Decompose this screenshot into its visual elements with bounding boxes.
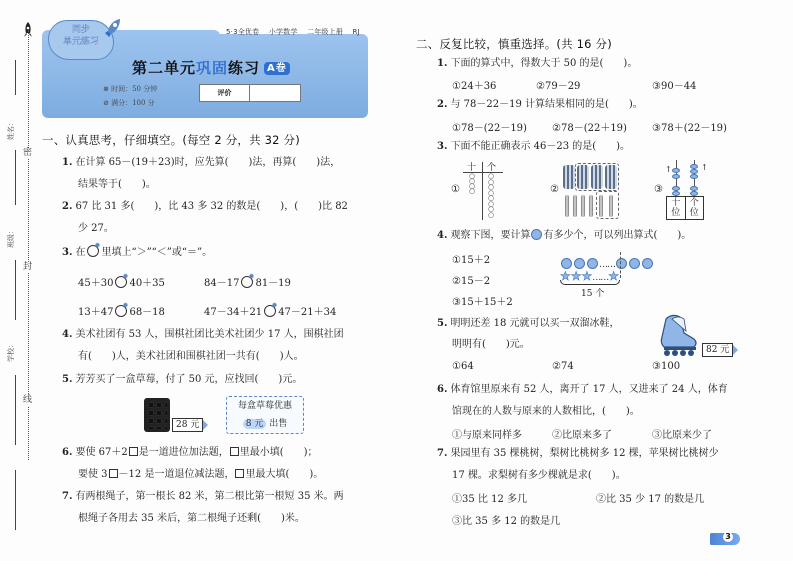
title-highlight: 巩固 [196,59,228,77]
section-2-title: 二、反复比较，慎重选择。(共 16 分) [416,36,612,52]
p1-q1: 1.在计算 65－(19＋23)时，应先算( )法，再算( )法， [62,156,340,169]
check-icon: ⊘ [103,99,111,107]
school-label: 学校： [6,341,16,362]
arrow-up-icon: ↑ [701,163,708,172]
ones-place-label: 个位 [685,197,704,219]
question-text: 是一道进位加法题， [139,447,229,458]
promo-text: 每盒草莓优惠 [227,397,303,415]
question-number: 6. [62,447,72,458]
question-number: 1. [437,58,447,69]
book-grade: 二年级上册 [307,28,343,36]
question-number: 2. [62,201,72,212]
option[interactable]: ②比 35 少 17 的数是几 [596,490,704,505]
arrow-up-icon: ↑ [665,165,672,174]
p1-q1-cont: 结果等于( )。 [78,178,156,191]
p2-q6-cont: 馆现在的人数与原来的人数相比，( )。 [452,405,640,418]
question-text: 芳芳买了一盒草莓，付了 50 元，应找回( )元。 [75,374,302,385]
title-suffix: 练习 [228,59,260,77]
option[interactable]: ②79－29 [536,77,580,92]
compare-item: 84－1781－19 [204,274,291,289]
compare-item: 45＋3040＋35 [78,274,165,289]
option[interactable]: ①64 [452,361,474,372]
score-label: 满分：100 分 [111,99,155,107]
question-text: 在 [75,247,85,258]
series-badge-text: 同步 单元练习 [52,24,110,48]
class-line[interactable] [15,260,16,320]
question-text: 下面的算式中，得数大于 50 的是( )。 [450,58,637,69]
name-label: 姓名： [6,119,16,140]
price-tag: 28 元 [172,418,203,432]
question-text: －12 是一道退位减法题， [119,469,235,480]
school-line[interactable] [15,375,16,445]
p1-q6-cont: 要使 3－12 是一道退位减法题，里最大填( )。 [78,468,323,481]
question-number: 7. [437,448,447,459]
question-text: 果园里有 35 棵桃树，梨树比桃树多 12 棵，苹果树比桃树少 [450,448,718,459]
question-text: 要使 67＋2 [75,447,127,458]
compare-answer-circle[interactable] [241,276,253,288]
question-text: 里最大填( )。 [245,469,323,480]
brace-label: 15 个 [581,286,604,299]
p1-q2-cont: 少 27。 [78,222,114,235]
option[interactable]: ②74 [552,361,574,372]
compare-left: 13＋47 [78,307,113,318]
question-number: 6. [437,384,447,395]
margin-rule [15,470,16,530]
option[interactable]: ③100 [652,361,680,372]
blank-box[interactable] [129,447,138,456]
name-line[interactable] [15,150,16,205]
strawberry-box-image [144,398,170,432]
compare-left: 84－17 [204,278,239,289]
question-number: 3. [437,141,447,152]
evaluation-box: 评价 [199,84,301,102]
option[interactable]: ②15－2 [452,272,490,287]
evaluation-field[interactable] [250,85,300,101]
question-text: 体育馆里原来有 52 人，离开了 17 人，又进来了 24 人，体育 [450,384,727,395]
title-prefix: 第二单元 [132,59,196,77]
option[interactable]: ③比 35 多 12 的数是几 [452,512,560,527]
seal-char-xian: 线 [23,395,32,406]
question-text: 明明还差 18 元就可以买一双溜冰鞋， [450,318,619,329]
blank-box[interactable] [109,469,118,478]
blank-box-icon [235,469,244,478]
book-series: 5·3全优卷 [226,28,259,36]
promo-price-line: 8 元 出售 [227,415,303,433]
p2-q5: 5.明明还差 18 元就可以买一双溜冰鞋， [437,317,620,330]
option[interactable]: ③90－44 [652,77,696,92]
place-value-chart-figure: 十 个 ○○○○ ○○○○○○○○ [463,160,503,220]
p1-q3: 3.在里填上“＞”“＜”或“＝”。 [62,245,212,259]
question-number: 4. [437,230,447,241]
compare-left: 47－34＋21 [204,307,262,318]
circles-stars-figure: …… ★★★……★ 15 个 [560,252,670,300]
question-text: 在计算 65－(19＋23)时，应先算( )法，再算( )法， [75,157,340,168]
p2-q7-cont: 17 棵。求梨树有多少棵就是求( )。 [452,469,626,482]
p1-q4: 4.美术社团有 53 人，围棋社团比美术社团少 17 人，围棋社团 [62,328,344,341]
p2-q3: 3.下面不能正确表示 46－23 的是( )。 [437,140,630,153]
compare-answer-circle[interactable] [264,305,276,317]
question-number: 5. [62,374,72,385]
p1-q2: 2.67 比 31 多( )，比 43 多 32 的数是( )，( )比 82 [62,200,348,213]
blank-box-icon [230,447,239,456]
page-title: 第二单元巩固练习A卷 [132,57,290,78]
promo-suffix: 出售 [269,419,287,429]
evaluation-label: 评价 [200,85,250,101]
option-mark[interactable]: ① [451,184,460,195]
question-number: 2. [437,99,447,110]
option[interactable]: ①15＋2 [452,251,490,266]
option[interactable]: ①与原来同样多 [452,426,522,441]
option-mark[interactable]: ③ [654,184,663,195]
promo-price: 8 元 [243,419,267,429]
p2-q5-cont: 明明有( )元。 [452,338,530,351]
seal-char-mi: 密 [23,148,32,159]
place-value-labels: 十位 个位 [666,196,704,220]
p2-q1: 1.下面的算式中，得数大于 50 的是( )。 [437,57,637,70]
p1-q5: 5.芳芳买了一盒草莓，付了 50 元，应找回( )元。 [62,373,302,386]
question-text: 里最小填( )； [240,447,318,458]
series-badge-line2: 单元练习 [52,36,110,48]
p1-q4-cont: 有( )人，美术社团和围棋社团一共有( )人。 [78,350,304,363]
class-label: 班级： [6,227,16,248]
p1-q7-cont: 根绳子各用去 35 米后，第二根绳子还剩( )米。 [78,512,305,525]
stick-bundles-figure [563,163,619,219]
compare-left: 45＋30 [78,278,113,289]
abacus-figure: ↑ ↑ 十位 个位 [666,160,706,222]
score-info: ⊘ 满分：100 分 [103,98,155,108]
compare-answer-circle[interactable] [115,305,127,317]
section-1-title: 一、认真思考，仔细填空。(每空 2 分，共 32 分) [42,132,300,148]
seal-char-feng: 封 [23,262,32,273]
question-text: 67 比 31 多( )，比 43 多 32 的数是( )，( )比 82 [75,201,347,212]
p2-q7: 7.果园里有 35 棵桃树，梨树比桃树多 12 棵，苹果树比桃树少 [437,447,719,460]
book-subject: 小学数学 [269,28,298,36]
page-number: 3 [723,532,733,542]
compare-right: 81－19 [255,278,290,289]
option-mark[interactable]: ② [550,184,559,195]
option[interactable]: ③78＋(22－19) [652,119,727,134]
option[interactable]: ①78－(22－19) [452,119,527,134]
roller-skate-image [658,313,700,357]
question-number: 1. [62,157,72,168]
option[interactable]: ②比原来多了 [552,426,612,441]
question-text: 美术社团有 53 人，围棋社团比美术社团少 17 人，围棋社团 [75,329,343,340]
question-text: 下面不能正确表示 46－23 的是( )。 [450,141,630,152]
time-info: ⊗ 时间：50 分钟 [103,84,157,94]
book-meta: 5·3全优卷 小学数学 二年级上册 RJ [226,27,367,37]
question-number: 4. [62,329,72,340]
tens-place-label: 十位 [667,197,685,219]
price-tag: 82 元 [702,343,733,357]
question-number: 7. [62,491,72,502]
question-text: 有多少个，可以列出算式( )。 [543,230,691,241]
p1-q6: 6.要使 67＋2是一道进位加法题，里最小填( )； [62,446,318,459]
margin-rule [15,60,16,95]
compare-right: 47－21＋34 [278,307,336,318]
question-text: 与 78－22－19 计算结果相同的是( )。 [450,99,642,110]
compare-circle-icon [87,245,99,257]
option[interactable]: ①35 比 12 多几 [452,490,527,505]
question-text: 观察下图，要计算 [450,230,530,241]
compare-item: 13＋4768－18 [78,303,165,318]
option[interactable]: ③比原来少了 [652,426,712,441]
option[interactable]: ②78－(22＋19) [552,119,627,134]
time-label: 时间：50 分钟 [111,85,157,93]
question-number: 3. [62,247,72,258]
p2-q2: 2.与 78－22－19 计算结果相同的是( )。 [437,98,643,111]
option[interactable]: ①24＋36 [452,77,496,92]
compare-right: 40＋35 [129,278,164,289]
worksheet-page: 密 封 线 姓名： 班级： 学校： 5·3全优卷 小学数学 二年级上册 RJ 同… [0,0,793,561]
series-badge-line1: 同步 [52,24,110,36]
p2-q6: 6.体育馆里原来有 52 人，离开了 17 人，又进来了 24 人，体育 [437,383,728,396]
question-text: 里填上“＞”“＜”或“＝”。 [101,247,212,258]
promo-sign: 每盒草莓优惠 8 元 出售 [226,396,304,434]
compare-item: 47－34＋2147－21＋34 [204,303,336,318]
rocket-icon [104,18,122,38]
question-text: 有两根绳子，第一根长 82 米，第二根比第一根短 35 米。两 [75,491,343,502]
p1-q7: 7.有两根绳子，第一根长 82 米，第二根比第一根短 35 米。两 [62,490,344,503]
option[interactable]: ③15＋15＋2 [452,293,513,308]
paper-version-badge: A卷 [264,62,290,75]
blue-circle-icon [531,229,542,240]
book-edition: RJ [352,28,359,36]
question-text: 要使 3 [78,469,108,480]
question-number: 5. [437,318,447,329]
compare-right: 68－18 [129,307,164,318]
clock-icon: ⊗ [103,85,111,93]
compare-answer-circle[interactable] [115,276,127,288]
p2-q4: 4.观察下图，要计算有多少个，可以列出算式( )。 [437,229,691,242]
